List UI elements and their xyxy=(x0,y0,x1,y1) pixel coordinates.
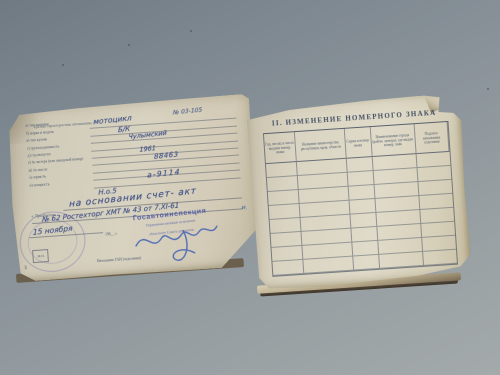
table-header-cell: Год, месяц и число выдачи номер. знака xyxy=(264,132,297,164)
column-header-text: Наименование города (район. центра), где… xyxy=(372,132,415,148)
left-page: Краткая характеристика автомашины а) тип… xyxy=(4,94,260,283)
column-header-text: Год, месяц и число выдачи номер. знака xyxy=(265,140,295,155)
column-header-text: Название министерства, республики, края,… xyxy=(297,139,345,151)
official-title-text: Начальник ГАИ (отделения) xyxy=(97,256,141,263)
page-number: 3 xyxy=(24,265,27,271)
table-cell xyxy=(304,257,354,274)
table-header-cell: Наименование города (район. центра), где… xyxy=(370,124,416,157)
dust-speck xyxy=(62,64,64,66)
ink-mark: и. xyxy=(241,204,248,212)
seal-place-text: М.П. xyxy=(37,254,44,258)
dust-speck xyxy=(190,30,192,32)
table-header-cell: Название министерства, республики, края,… xyxy=(295,129,347,162)
form-fields: а) тип машины б) марка и модель в) тип к… xyxy=(25,112,240,193)
table-header-cell: Серия и номер знака xyxy=(345,127,373,159)
column-header-text: Подпись начальника отделения xyxy=(416,130,448,145)
table-cell xyxy=(379,252,424,269)
seal-place-box: М.П. xyxy=(32,249,49,263)
table-cell xyxy=(272,260,304,276)
table-cell xyxy=(353,255,380,271)
column-header-text: Серия и номер знака xyxy=(346,137,370,147)
right-page: II. ИЗМЕНЕНИЕ НОМЕРНОГО ЗНАКА Год, месяц… xyxy=(246,93,472,291)
table-cell xyxy=(423,250,457,266)
dust-speck xyxy=(128,44,130,46)
dust-speck xyxy=(487,88,489,90)
photo-background: Краткая характеристика автомашины а) тип… xyxy=(0,0,500,375)
table-header-cell: Подпись начальника отделения xyxy=(414,122,449,154)
plate-change-table: Год, месяц и число выдачи номер. знака Н… xyxy=(263,121,458,277)
field-label: и) мощность xyxy=(29,182,49,188)
